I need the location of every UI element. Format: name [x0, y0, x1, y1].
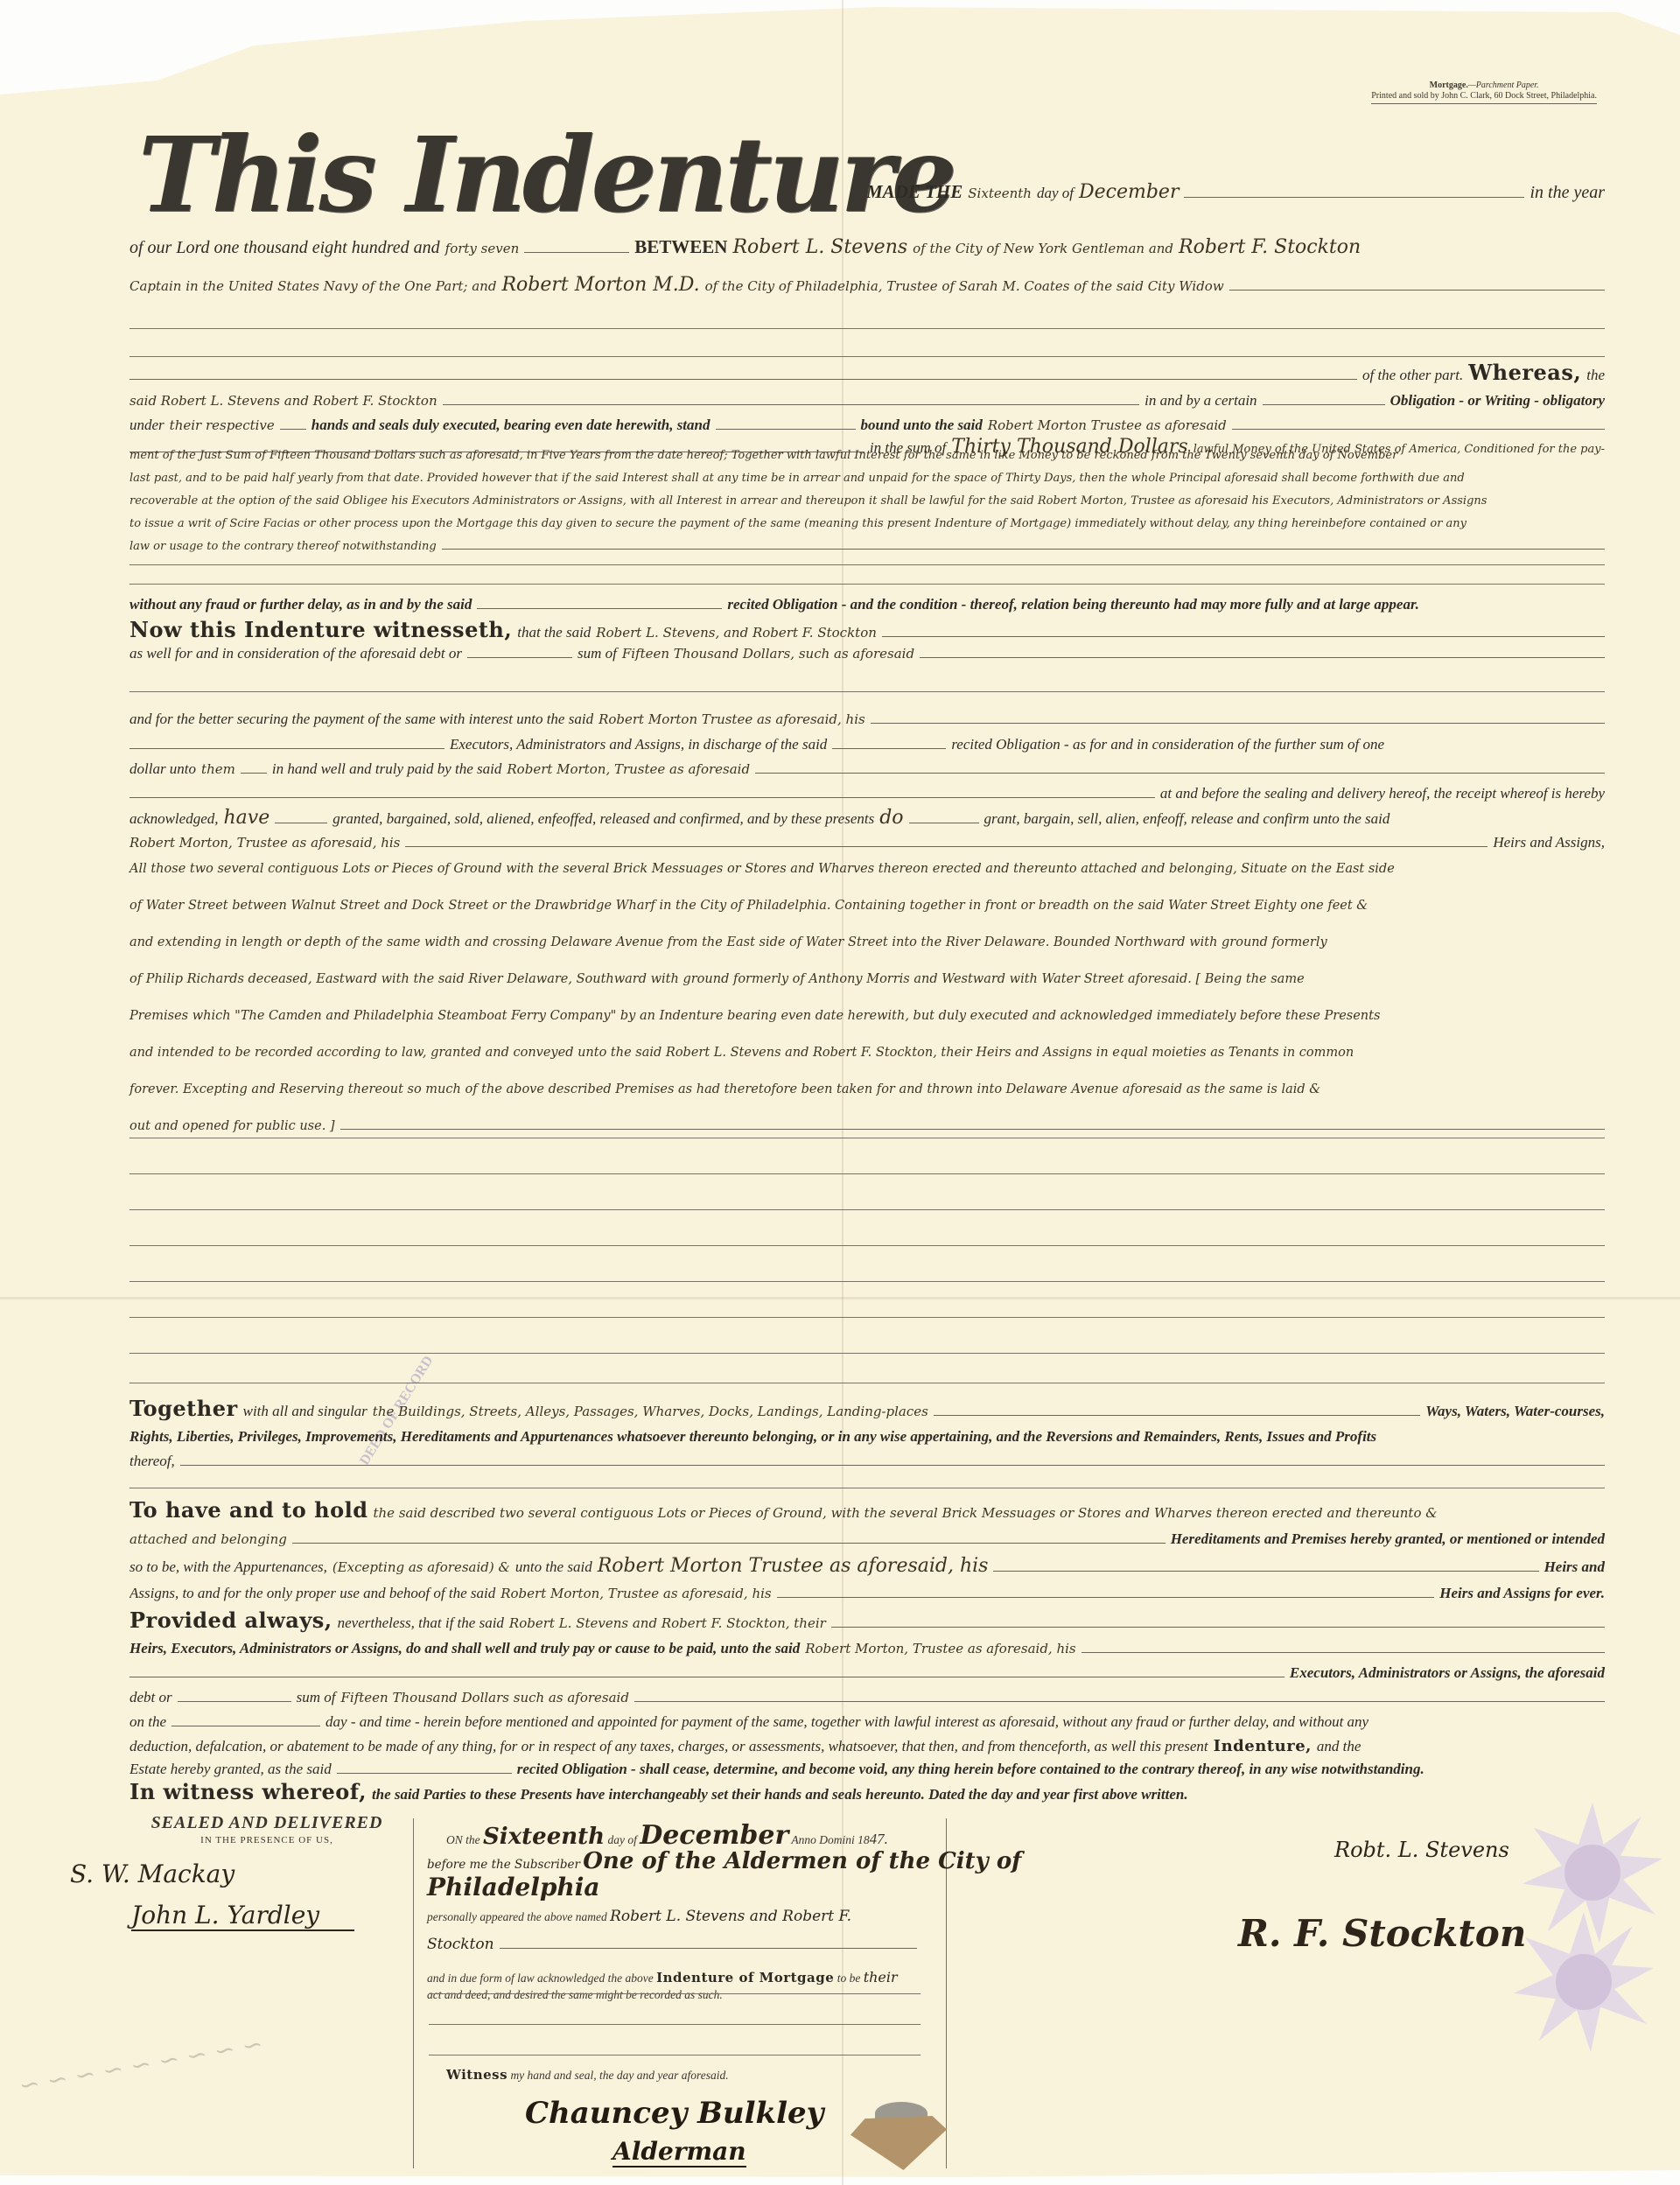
blank-rule — [129, 1245, 1605, 1246]
day-of-label: day of — [1037, 181, 1074, 206]
blank-rule — [129, 328, 1605, 329]
alderman-signature: Chauncey Bulkley — [525, 2096, 823, 2131]
blank-rule — [129, 1488, 1605, 1488]
year-value: forty seven — [445, 236, 520, 261]
obligors-line: said Robert L. Stevens and Robert F. Sto… — [129, 389, 1605, 413]
month-value: December — [1079, 180, 1179, 205]
without-fraud-line: without any fraud or further delay, as i… — [129, 592, 1605, 617]
description-line: of Water Street between Walnut Street an… — [129, 887, 1605, 924]
description-line: out and opened for public use. ] — [129, 1108, 335, 1145]
document-title: This Indenture — [138, 114, 954, 235]
dollar-line: dollar unto them in hand well and truly … — [129, 757, 1605, 781]
witnesseth-heading: Now this Indenture witnesseth, — [129, 618, 512, 642]
blank-rule — [129, 1353, 1605, 1354]
blank-rule — [429, 2024, 920, 2025]
description-line: All those two several contiguous Lots or… — [129, 851, 1605, 887]
attached-line: attached and belonging Hereditaments and… — [129, 1527, 1605, 1551]
stevens-signature: Robt. L. Stevens — [1334, 1838, 1509, 1862]
deduction-line: deduction, defalcation, or abatement to … — [129, 1734, 1605, 1759]
party-stevens: Robert L. Stevens — [732, 235, 907, 260]
appurtenances-line: so to be, with the Appurtenances, (Excep… — [129, 1554, 1605, 1579]
blank-rule — [129, 1317, 1605, 1318]
behoof-line: Assigns, to and for the only proper use … — [129, 1581, 1605, 1606]
blank-rule — [129, 356, 1605, 357]
thereof-line: thereof, — [129, 1449, 1605, 1474]
exec-admin-line: Executors, Administrators or Assigns, th… — [129, 1661, 1605, 1685]
whereas-line: of the other part. Whereas, the — [129, 361, 1605, 388]
alderman-title: Alderman — [612, 2137, 746, 2167]
blank-rule — [129, 1138, 1605, 1138]
party-stockton: Robert F. Stockton — [1179, 235, 1361, 260]
between-line: of our Lord one thousand eight hundred a… — [129, 235, 1605, 261]
date-line: MADE THE Sixteenth day of December in th… — [866, 179, 1605, 206]
blank-rule — [129, 1209, 1605, 1210]
blank-rule — [129, 691, 1605, 692]
day-value: Sixteenth — [968, 181, 1032, 206]
executors-line: Executors, Administrators and Assigns, i… — [129, 732, 1605, 757]
ack-named-cont: Stockton — [427, 1936, 917, 1953]
of-our-lord-label: of our Lord one thousand eight hundred a… — [129, 235, 440, 260]
estate-line: Estate hereby granted, as the said recit… — [129, 1757, 1605, 1782]
description-line: and extending in length or depth of the … — [129, 924, 1605, 961]
testimonium-line: In witness whereof, the said Parties to … — [129, 1780, 1605, 1807]
debt-line: debt or sum of Fifteen Thousand Dollars … — [129, 1685, 1605, 1710]
form-name: Mortgage. — [1430, 81, 1468, 90]
ack-date-line: ON the Sixteenth day of December Anno Do… — [446, 1820, 888, 1851]
habendum-heading: To have and to hold — [129, 1498, 367, 1523]
blank-rule — [129, 584, 1605, 585]
witness-signature: S. W. Mackay — [70, 1859, 234, 1888]
description-line: of Philip Richards deceased, Eastward wi… — [129, 961, 1605, 998]
ack-officer-line: before me the Subscriber One of the Alde… — [427, 1848, 1021, 1874]
whereas-heading: Whereas, — [1468, 361, 1581, 385]
description-line: and intended to be recorded according to… — [129, 1034, 1605, 1071]
consideration-line: as well for and in consideration of the … — [129, 641, 1605, 666]
together-line: Together with all and singular the Build… — [129, 1397, 1605, 1424]
together-heading: Together — [129, 1397, 238, 1421]
rights-line: Rights, Liberties, Privileges, Improveme… — [129, 1425, 1605, 1449]
made-the-label: MADE THE — [866, 179, 962, 204]
sealed-subtitle: IN THE PRESENCE OF US, — [122, 1835, 411, 1845]
proviso-heading: Provided always, — [129, 1608, 332, 1633]
description-line: forever. Excepting and Reserving thereou… — [129, 1071, 1605, 1108]
sealed-delivered-block: SEALED AND DELIVERED IN THE PRESENCE OF … — [122, 1813, 411, 1845]
sealed-title: SEALED AND DELIVERED — [122, 1813, 411, 1833]
ack-witness-line: Witness my hand and seal, the day and ye… — [446, 2067, 729, 2083]
stockton-signature: R. F. Stockton — [1238, 1912, 1526, 1955]
ack-act-and-deed: act and deed, and desired the same might… — [427, 1988, 723, 2002]
hands-seals-line: under their respective hands and seals d… — [129, 413, 1605, 438]
blank-rule — [129, 1173, 1605, 1174]
blank-rule — [429, 2055, 920, 2055]
securing-line: and for the better securing the payment … — [129, 707, 1605, 732]
description-line: Premises which "The Camden and Philadelp… — [129, 998, 1605, 1034]
blank-rule — [129, 1281, 1605, 1282]
grant-line: acknowledged, have granted, bargained, s… — [129, 806, 1605, 831]
property-description: All those two several contiguous Lots or… — [129, 851, 1605, 1145]
receipt-line: at and before the sealing and delivery h… — [129, 781, 1605, 806]
parties-line: Captain in the United States Navy of the… — [129, 273, 1605, 298]
in-the-year-label: in the year — [1529, 180, 1605, 205]
habendum-line: To have and to hold the said described t… — [129, 1498, 1605, 1525]
testimonium-heading: In witness whereof, — [129, 1780, 367, 1804]
heirs-pay-line: Heirs, Executors, Administrators or Assi… — [129, 1636, 1605, 1661]
between-label: BETWEEN — [634, 235, 727, 259]
on-the-day-line: on the day - and time - herein before me… — [129, 1710, 1605, 1734]
ack-appeared-line: personally appeared the above named Robe… — [427, 1908, 851, 1925]
party-morton: Robert Morton M.D. — [501, 273, 699, 298]
fold-crease-horizontal — [0, 1297, 1680, 1299]
printer-imprint: Mortgage.—Parchment Paper. Printed and s… — [1371, 81, 1597, 104]
paper-type: —Parchment Paper. — [1468, 81, 1539, 90]
witness-signature: John L. Yardley — [131, 1901, 354, 1931]
printer-address: Printed and sold by John C. Clark, 60 Do… — [1371, 91, 1597, 102]
ack-city: Philadelphia — [427, 1873, 600, 1901]
condition-paragraph: ment of the Just Sum of Fifteen Thousand… — [129, 445, 1605, 558]
blank-rule — [129, 1383, 1605, 1383]
ack-due-form-line: and in due form of law acknowledged the … — [427, 1969, 898, 1985]
blank-rule — [129, 564, 1605, 565]
proviso-line: Provided always, nevertheless, that if t… — [129, 1608, 1605, 1635]
